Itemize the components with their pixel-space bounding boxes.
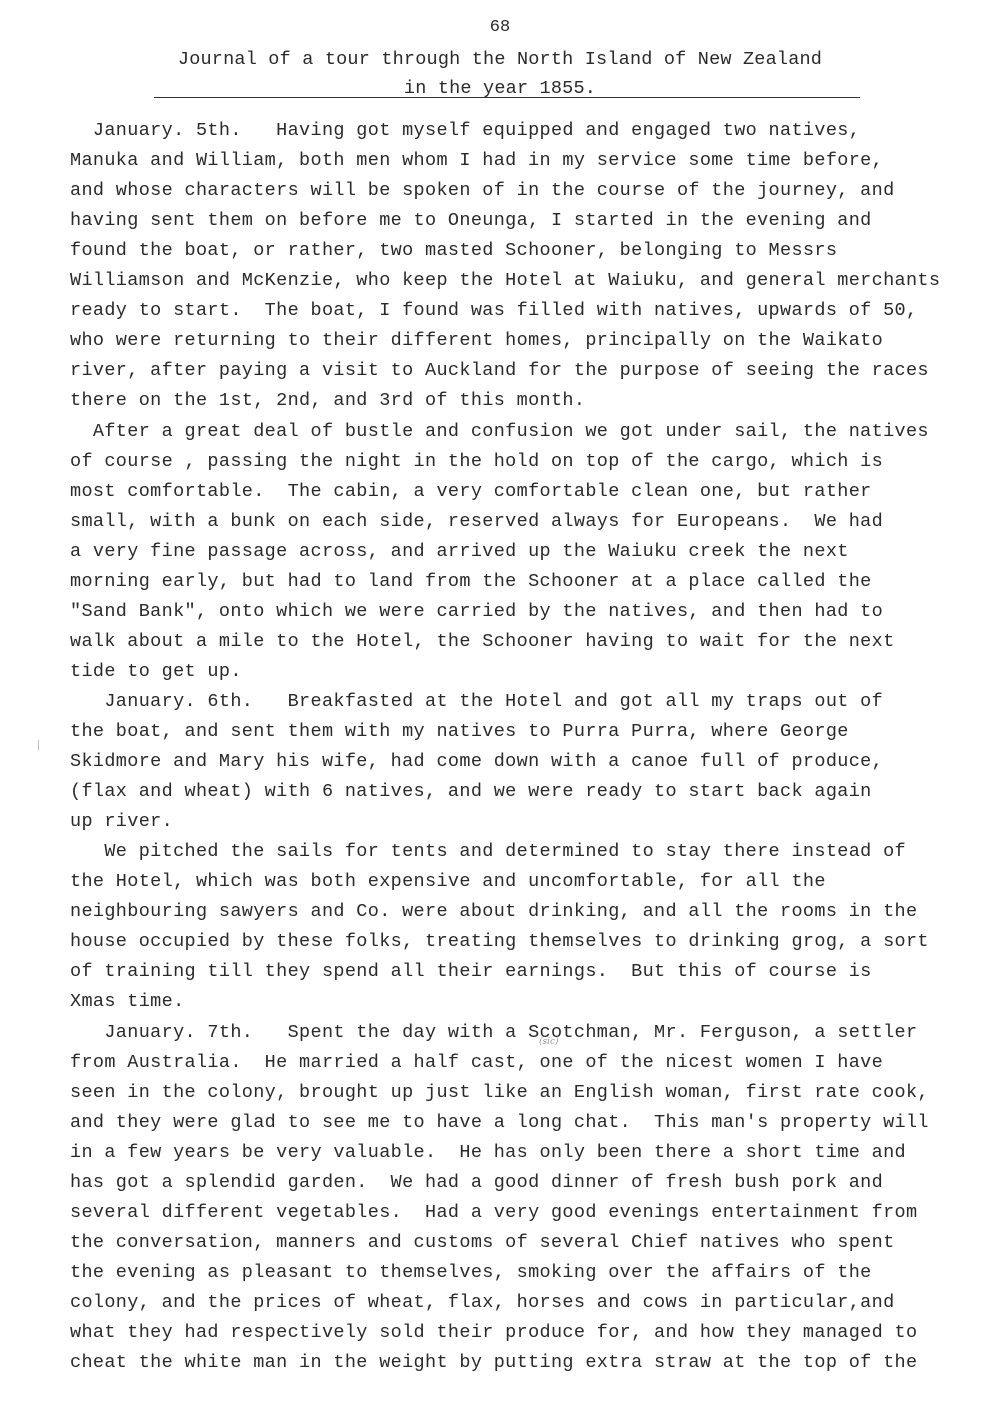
text-line: seen in the colony, brought up just like… [70,1082,929,1103]
text-line: We pitched the sails for tents and deter… [70,841,906,862]
text-line: Xmas time. [70,991,185,1012]
text-line: what they had respectively sold their pr… [70,1322,917,1343]
page-number: 68 [0,18,1000,37]
title-underline [154,97,860,98]
text-line: a very fine passage across, and arrived … [70,541,849,562]
document-page: 68 Journal of a tour through the North I… [0,0,1000,1414]
text-line: ready to start. The boat, I found was fi… [70,300,917,321]
text-line: (flax and wheat) with 6 natives, and we … [70,781,872,802]
text-line: walk about a mile to the Hotel, the Scho… [70,631,895,652]
document-subtitle: in the year 1855. [0,78,1000,99]
text-line: the conversation, manners and customs of… [70,1232,895,1253]
text-line: having sent them on before me to Oneunga… [70,210,872,231]
text-line: there on the 1st, 2nd, and 3rd of this m… [70,390,585,411]
text-line: and they were glad to see me to have a l… [70,1112,929,1133]
text-line: the Hotel, which was both expensive and … [70,871,826,892]
text-line: and whose characters will be spoken of i… [70,180,895,201]
text-line: found the boat, or rather, two masted Sc… [70,240,837,261]
margin-mark [38,740,39,750]
text-line: January. 5th. Having got myself equipped… [70,120,860,141]
text-line: "Sand Bank", onto which we were carried … [70,601,883,622]
text-line: of training till they spend all their ea… [70,961,872,982]
text-line: river, after paying a visit to Auckland … [70,360,929,381]
text-line: Skidmore and Mary his wife, had come dow… [70,751,883,772]
text-line: the evening as pleasant to themselves, s… [70,1262,872,1283]
text-line: has got a splendid garden. We had a good… [70,1172,883,1193]
text-line: house occupied by these folks, treating … [70,931,929,952]
text-line: colony, and the prices of wheat, flax, h… [70,1292,895,1313]
text-line: Manuka and William, both men whom I had … [70,150,883,171]
text-line: most comfortable. The cabin, a very comf… [70,481,872,502]
text-line: in a few years be very valuable. He has … [70,1142,906,1163]
text-line: from Australia. He married a half cast, … [70,1052,883,1073]
text-line: cheat the white man in the weight by put… [70,1352,917,1373]
text-line: January. 7th. Spent the day with a Scotc… [70,1022,917,1043]
text-line: morning early, but had to land from the … [70,571,872,592]
text-line: neighbouring sawyers and Co. were about … [70,901,917,922]
text-line: who were returning to their different ho… [70,330,883,351]
text-line: the boat, and sent them with my natives … [70,721,849,742]
text-line: tide to get up. [70,661,242,682]
text-line: up river. [70,811,173,832]
text-line: January. 6th. Breakfasted at the Hotel a… [70,691,883,712]
text-line: of course , passing the night in the hol… [70,451,883,472]
document-title: Journal of a tour through the North Isla… [0,49,1000,70]
text-line: After a great deal of bustle and confusi… [70,421,929,442]
text-line: small, with a bunk on each side, reserve… [70,511,883,532]
text-line: several different vegetables. Had a very… [70,1202,917,1223]
text-line: Williamson and McKenzie, who keep the Ho… [70,270,940,291]
